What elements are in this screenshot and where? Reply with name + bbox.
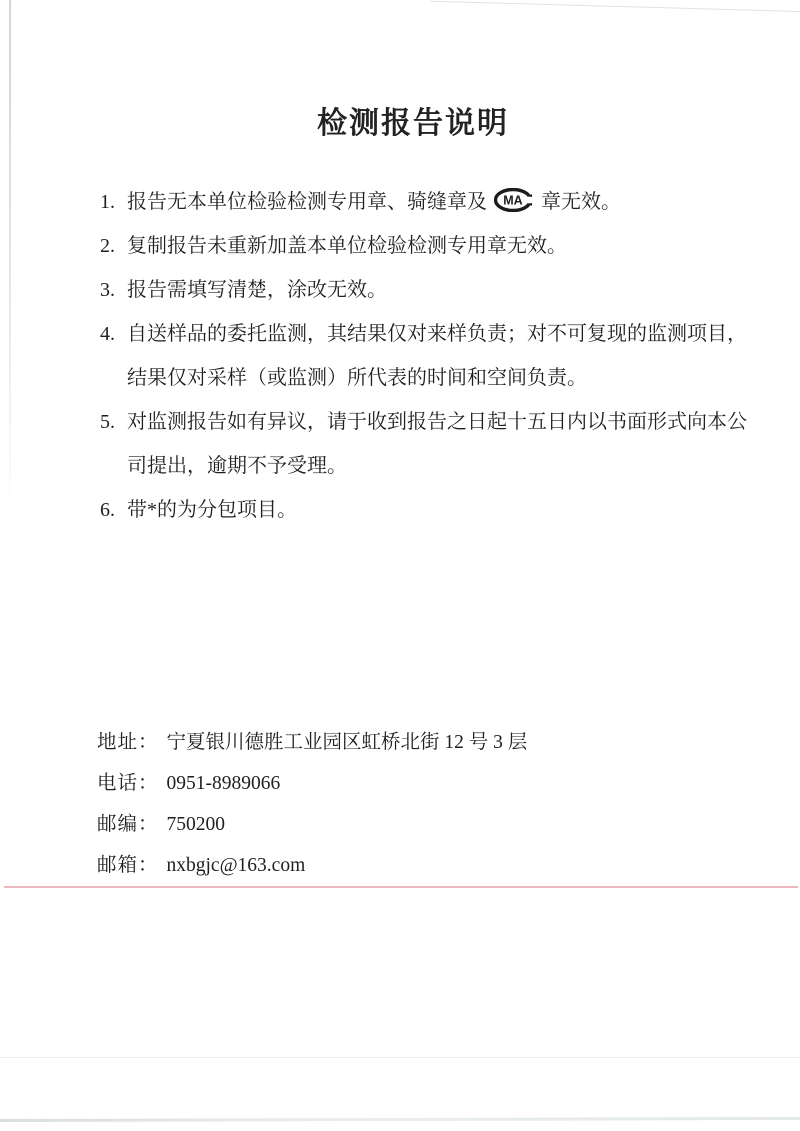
postcode-label: 邮编： xyxy=(97,814,159,835)
email-value: nxbgjc@163.com xyxy=(167,855,306,876)
list-item-text: 带*的为分包项目。 xyxy=(127,488,757,532)
list-item-5: 5. 对监测报告如有异议，请于收到报告之日起十五日内以书面形式向本公司提出，逾期… xyxy=(100,400,765,488)
address-value: 宁夏银川德胜工业园区虹桥北街 12 号 3 层 xyxy=(167,732,528,753)
scan-edge-top xyxy=(430,1,800,13)
list-item-text-before-logo: 报告无本单位检验检测专用章、骑缝章及 xyxy=(127,191,487,213)
list-item-3: 3. 报告需填写清楚，涂改无效。 xyxy=(100,268,765,312)
page-title: 检测报告说明 xyxy=(13,98,800,142)
list-item-1: 1. 报告无本单位检验检测专用章、骑缝章及MA章无效。 xyxy=(100,180,765,224)
list-item-4: 4. 自送样品的委托监测，其结果仅对来样负责；对不可复现的监测项目，结果仅对采样… xyxy=(100,312,765,400)
red-divider-line xyxy=(4,886,798,888)
list-item-text: 报告需填写清楚，涂改无效。 xyxy=(127,268,757,312)
contact-block: 地址：宁夏银川德胜工业园区虹桥北街 12 号 3 层 电话：0951-89890… xyxy=(97,722,527,886)
list-item-6: 6. 带*的为分包项目。 xyxy=(100,488,765,532)
contact-address-row: 地址：宁夏银川德胜工业园区虹桥北街 12 号 3 层 xyxy=(97,722,527,763)
contact-phone-row: 电话：0951-8989066 xyxy=(97,763,527,804)
contact-postcode-row: 邮编：750200 xyxy=(97,804,527,845)
list-item-text-after-logo: 章无效。 xyxy=(541,191,621,213)
cma-logo-icon: MA xyxy=(494,188,534,212)
list-item-number: 5. xyxy=(100,400,127,444)
list-item-number: 3. xyxy=(100,268,127,312)
postcode-value: 750200 xyxy=(167,814,226,835)
list-item-2: 2. 复制报告未重新加盖本单位检验检测专用章无效。 xyxy=(100,224,765,268)
scan-edge-bottom xyxy=(0,1117,800,1122)
list-item-number: 4. xyxy=(100,312,127,356)
notes-list: 1. 报告无本单位检验检测专用章、骑缝章及MA章无效。 2. 复制报告未重新加盖… xyxy=(100,180,765,532)
phone-value: 0951-8989066 xyxy=(167,773,281,794)
list-item-text: 报告无本单位检验检测专用章、骑缝章及MA章无效。 xyxy=(127,180,757,224)
list-item-number: 2. xyxy=(100,224,127,268)
list-item-text: 复制报告未重新加盖本单位检验检测专用章无效。 xyxy=(127,224,757,268)
list-item-number: 1. xyxy=(100,180,127,224)
list-item-text: 自送样品的委托监测，其结果仅对来样负责；对不可复现的监测项目，结果仅对采样（或监… xyxy=(127,312,757,400)
svg-text:MA: MA xyxy=(503,194,522,208)
scan-edge-bottom-faint xyxy=(0,1057,800,1058)
email-label: 邮箱： xyxy=(97,855,159,876)
contact-email-row: 邮箱：nxbgjc@163.com xyxy=(97,845,527,886)
phone-label: 电话： xyxy=(97,773,159,794)
list-item-text: 对监测报告如有异议，请于收到报告之日起十五日内以书面形式向本公司提出，逾期不予受… xyxy=(127,400,757,488)
list-item-number: 6. xyxy=(100,488,127,532)
address-label: 地址： xyxy=(97,732,159,753)
scan-edge-left xyxy=(9,0,11,520)
